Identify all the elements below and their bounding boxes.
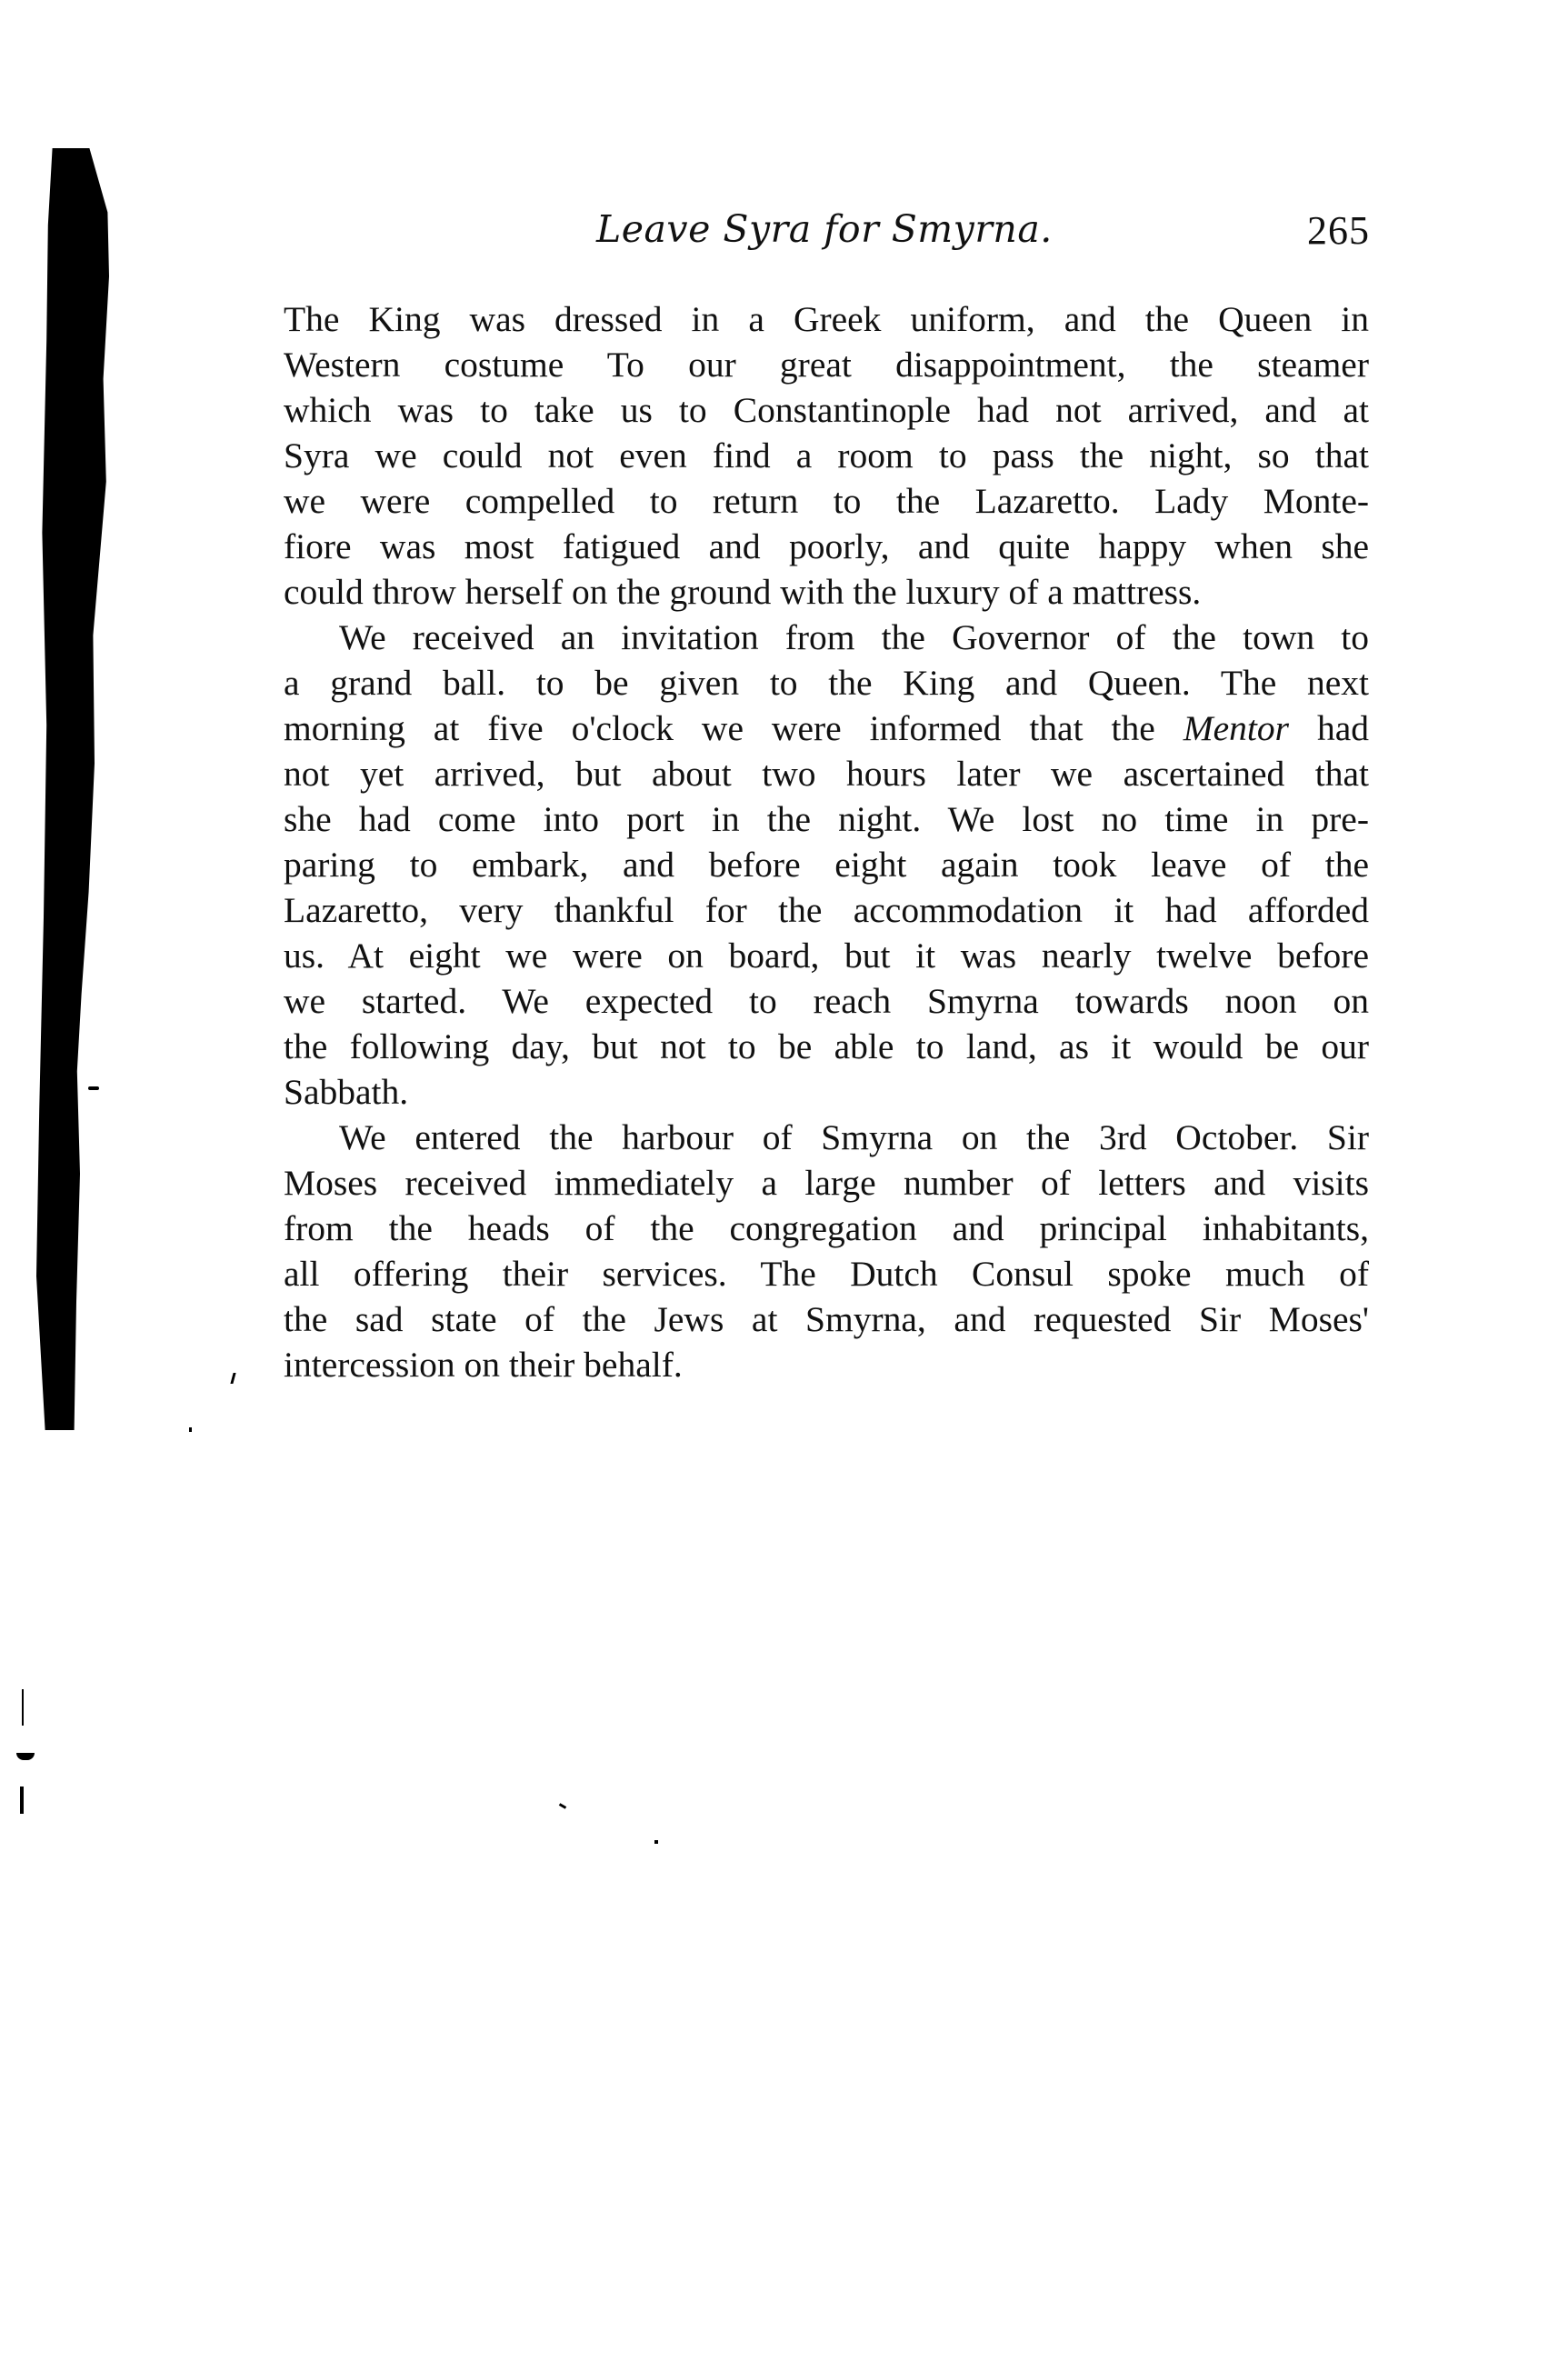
text-line: not yet arrived, but about two hours lat… <box>284 751 1369 796</box>
text-line: could throw herself on the ground with t… <box>284 569 1369 615</box>
text-line: from the heads of the congregation and p… <box>284 1206 1369 1251</box>
scan-speck <box>16 1753 35 1760</box>
text-line: which was to take us to Constantinople h… <box>284 387 1369 433</box>
text-segment: morning at five o'clock we were informed… <box>284 708 1183 748</box>
scan-speck <box>189 1427 192 1432</box>
ship-name: Mentor <box>1183 708 1289 748</box>
scan-speck <box>654 1840 658 1844</box>
text-line: Lazaretto, very thankful for the accommo… <box>284 887 1369 933</box>
text-line: paring to embark, and before eight again… <box>284 842 1369 887</box>
text-line: we were compelled to return to the Lazar… <box>284 478 1369 524</box>
page-number: 265 <box>1307 207 1370 254</box>
text-line: us. At eight we were on board, but it wa… <box>284 933 1369 978</box>
scan-speck <box>88 1086 99 1090</box>
running-head: Leave Syra for Smyrna. 265 <box>0 207 1568 258</box>
text-line: we started. We expected to reach Smyrna … <box>284 978 1369 1024</box>
text-line: morning at five o'clock we were informed… <box>284 706 1369 751</box>
text-line: Sabbath. <box>284 1069 1369 1115</box>
scan-speck <box>20 1787 24 1814</box>
running-title: Leave Syra for Smyrna. <box>596 207 1053 251</box>
text-segment: had <box>1289 708 1369 748</box>
text-line: Western costume To our great disappointm… <box>284 342 1369 387</box>
text-line: the sad state of the Jews at Smyrna, and… <box>284 1296 1369 1342</box>
scan-edge-shadow <box>36 148 109 1430</box>
text-line: all offering their services. The Dutch C… <box>284 1251 1369 1296</box>
paragraph-start-line: We received an invitation from the Gover… <box>284 615 1369 660</box>
text-line: fiore was most fatigued and poorly, and … <box>284 524 1369 569</box>
body-text: The King was dressed in a Greek uniform,… <box>284 296 1369 1387</box>
book-page: Leave Syra for Smyrna. 265 The King was … <box>0 0 1568 2372</box>
text-line: a grand ball. to be given to the King an… <box>284 660 1369 706</box>
paragraph-start-line: We entered the harbour of Smyrna on the … <box>284 1115 1369 1160</box>
text-line: intercession on their behalf. <box>284 1342 1369 1387</box>
scan-speck <box>559 1803 566 1809</box>
scan-speck <box>22 1689 24 1726</box>
text-line: she had come into port in the night. We … <box>284 796 1369 842</box>
text-line: The King was dressed in a Greek uniform,… <box>284 296 1369 342</box>
text-line: Syra we could not even find a room to pa… <box>284 433 1369 478</box>
scan-speck <box>230 1373 235 1384</box>
text-line: Moses received immediately a large numbe… <box>284 1160 1369 1206</box>
text-line: the following day, but not to be able to… <box>284 1024 1369 1069</box>
